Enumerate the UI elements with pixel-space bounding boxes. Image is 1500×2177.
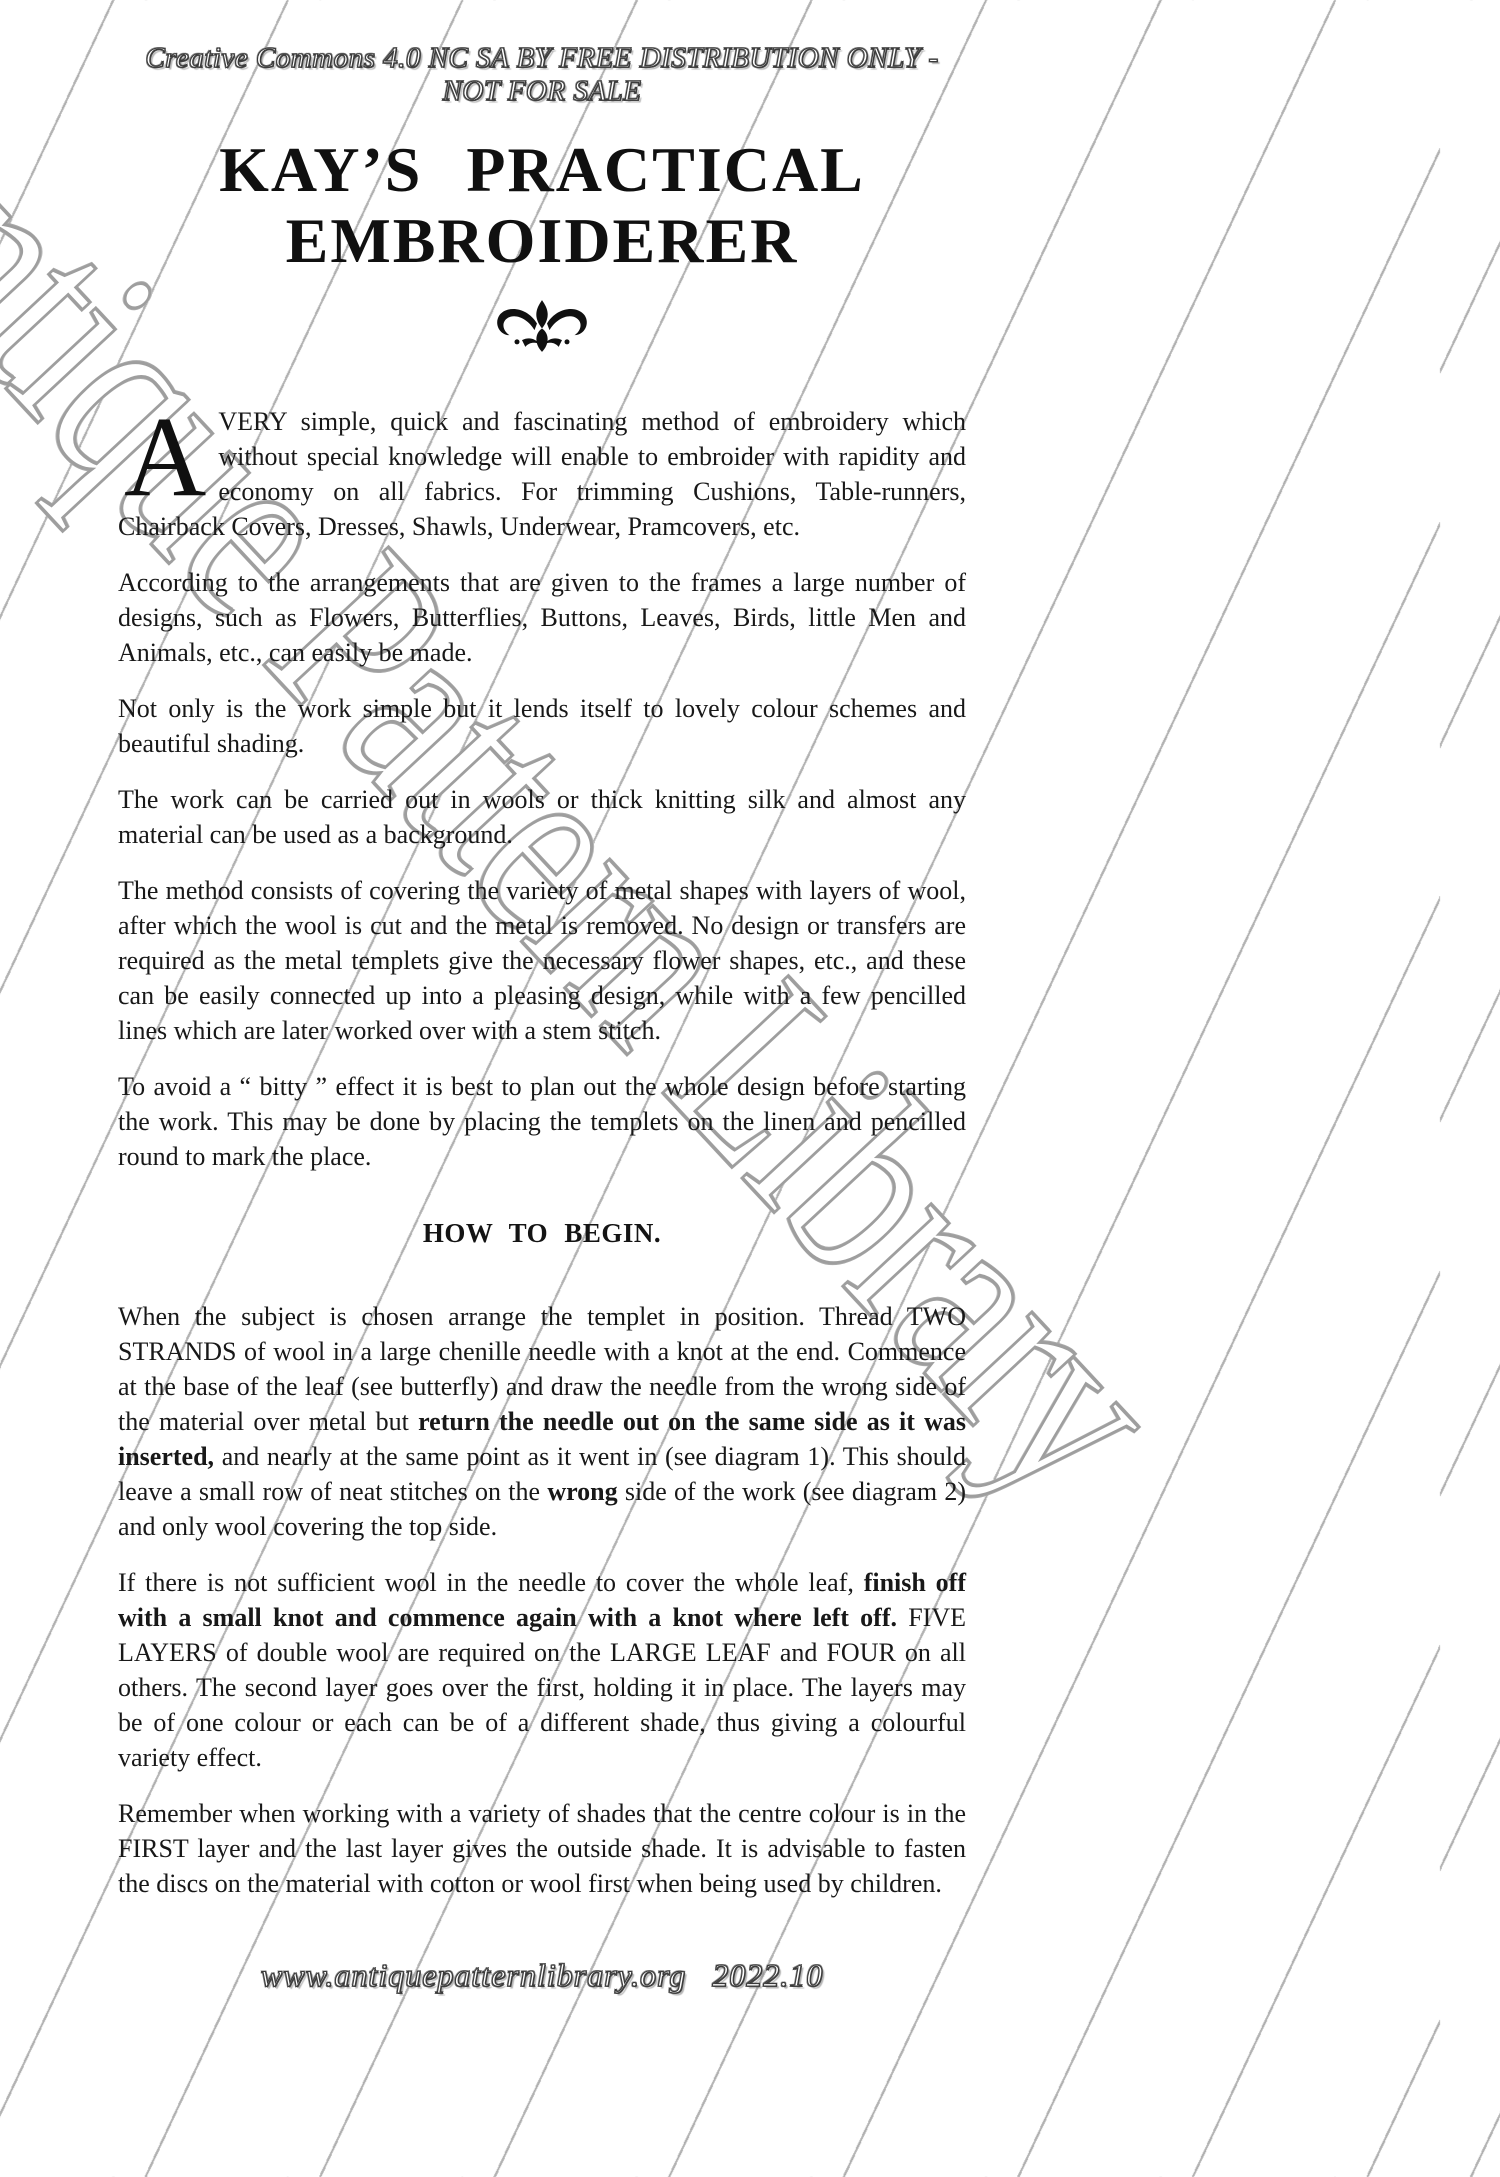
text-run: The method consists of covering the vari… — [118, 876, 966, 1045]
intro-paragraph-3: Not only is the work simple but it lends… — [118, 691, 966, 761]
page-title-line1: KAY’S PRACTICAL — [118, 134, 966, 205]
text-run: Not only is the work simple but it lends… — [118, 694, 966, 758]
footer-edition: 2022.10 — [712, 1957, 823, 1993]
intro-paragraph-2: According to the arrangements that are g… — [118, 565, 966, 670]
page-footer: www.antiquepatternlibrary.org2022.10 — [118, 1957, 966, 1994]
document-content: Creative Commons 4.0 NC SA BY FREE DISTR… — [118, 0, 966, 1994]
scanned-document-page: Antique Pattern Library Creative Commons… — [0, 0, 1500, 2177]
text-run: VERY simple, quick and fascinating metho… — [118, 407, 966, 541]
text-run: To avoid a “ bitty ” effect it is best t… — [118, 1072, 966, 1171]
text-run: Remember when working with a variety of … — [118, 1799, 966, 1898]
intro-paragraph-5: The method consists of covering the vari… — [118, 873, 966, 1048]
fleuron-ornament-icon — [492, 298, 592, 354]
drop-cap: A — [118, 404, 218, 502]
how-paragraph-2: If there is not sufficient wool in the n… — [118, 1565, 966, 1775]
license-notice: Creative Commons 4.0 NC SA BY FREE DISTR… — [118, 42, 966, 108]
footer-url: www.antiquepatternlibrary.org — [261, 1957, 686, 1993]
how-paragraph-3: Remember when working with a variety of … — [118, 1796, 966, 1901]
page-title-line2: EMBROIDERER — [118, 205, 966, 276]
text-run: According to the arrangements that are g… — [118, 568, 966, 667]
how-paragraph-1: When the subject is chosen arrange the t… — [118, 1299, 966, 1544]
text-run: If there is not sufficient wool in the n… — [118, 1568, 864, 1597]
intro-paragraph-6: To avoid a “ bitty ” effect it is best t… — [118, 1069, 966, 1174]
text-run: The work can be carried out in wools or … — [118, 785, 966, 849]
document-body: AVERY simple, quick and fascinating meth… — [118, 404, 966, 1901]
page-title: KAY’S PRACTICAL EMBROIDERER — [118, 134, 966, 276]
intro-paragraph-4: The work can be carried out in wools or … — [118, 782, 966, 852]
bold-text-run: wrong — [547, 1477, 617, 1506]
intro-paragraph-1: AVERY simple, quick and fascinating meth… — [118, 404, 966, 544]
section-heading-how-to-begin: HOW TO BEGIN. — [118, 1218, 966, 1249]
